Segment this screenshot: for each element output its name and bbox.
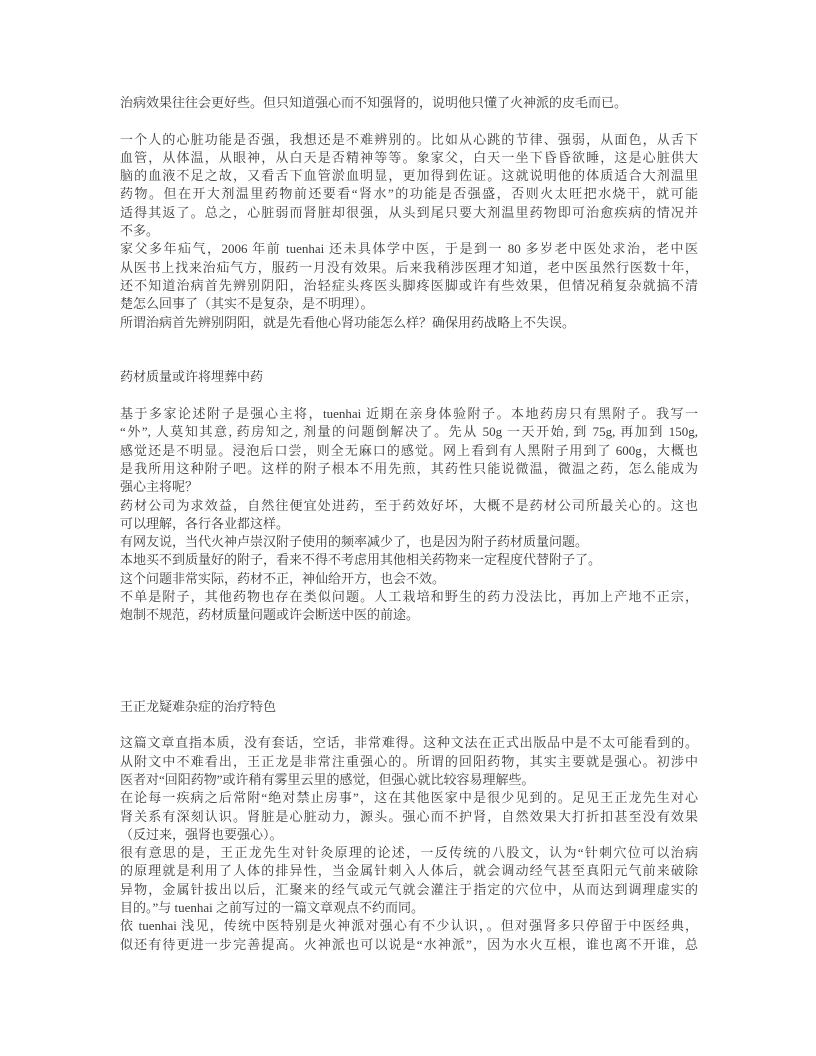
text-line: 依 tuenhai 浅见，传统中医特别是火神派对强心有不少认识，。但对强肾多只停… — [120, 917, 698, 935]
text-line: 家父多年疝气，2006 年前 tuenhai 还未具体学中医，于是到一 80 多… — [120, 240, 698, 258]
paragraph: 治病效果往往会更好些。但只知道强心而不知强肾的，说明他只懂了火神派的皮毛而已。 — [120, 94, 698, 112]
text-line: 医者对“回阳药物”或许稍有雾里云里的感觉，但强心就比较容易理解些。 — [120, 771, 698, 789]
text-line: 这篇文章直指本质，没有套话，空话，非常难得。这种文法在正式出版品中是不太可能看到… — [120, 734, 698, 752]
document-page: 治病效果往往会更好些。但只知道强心而不知强肾的，说明他只懂了火神派的皮毛而已。一… — [0, 0, 816, 1056]
text-line: 强心主将呢？ — [120, 478, 698, 496]
paragraph: 有网友说，当代火神卢崇汉附子使用的频率减少了，也是因为附子药材质量问题。 — [120, 533, 698, 551]
text-line: 从附文中不难看出，王正龙是非常注重强心的。所谓的回阳药物，其实主要就是强心。初涉… — [120, 753, 698, 771]
text-line: 感觉还是不明显。浸泡后口尝，则全无麻口的感觉。网上看到有人黑附子用到了 600g… — [120, 442, 698, 460]
text-line: 不多。 — [120, 222, 698, 240]
text-line: 是我所用这种附子吧。这样的附子根本不用先煎，其药性只能说微温，微温之药，怎么能成… — [120, 460, 698, 478]
heading-text: 王正龙疑难杂症的治疗特色 — [120, 698, 698, 716]
text-line: 还不知道治病首先辨别阴阳，治轻症头疼医头脚疼医脚或许有些效果，但情况稍复杂就搞不… — [120, 277, 698, 295]
text-line: 基于多家论述附子是强心主将，tuenhai 近期在亲身体验附子。本地药房只有黑附… — [120, 405, 698, 423]
vertical-space — [120, 112, 698, 130]
text-line: 治病效果往往会更好些。但只知道强心而不知强肾的，说明他只懂了火神派的皮毛而已。 — [120, 94, 698, 112]
text-line: 适得其返了。总之，心脏弱而肾脏却很强，从头到尾只要大剂温里药物即可治愈疾病的情况… — [120, 204, 698, 222]
text-line: 在论每一疾病之后常附“绝对禁止房事”，这在其他医家中是很少见到的。足见王正龙先生… — [120, 789, 698, 807]
paragraph: 一个人的心脏功能是否强，我想还是不难辨别的。比如从心跳的节律、强弱，从面色，从舌… — [120, 131, 698, 241]
paragraph: 这个问题非常实际，药材不正，神仙给开方，也会不效。 — [120, 570, 698, 588]
text-line: 目的。”与 tuenhai 之前写过的一篇文章观点不约而同。 — [120, 899, 698, 917]
text-line: 脑的血液不足之故，又看舌下血管淤血明显，更加得到佐证。这就说明他的体质适合大剂温… — [120, 167, 698, 185]
section-heading: 药材质量或许将埋葬中药 — [120, 368, 698, 386]
vertical-space — [120, 332, 698, 369]
heading-text: 药材质量或许将埋葬中药 — [120, 368, 698, 386]
text-line: 肾关系有深刻认识。肾脏是心脏动力，源头。强心而不护肾，自然效果大打折扣甚至没有效… — [120, 808, 698, 826]
paragraph: 药材公司为求效益，自然往便宜处进药，至于药效好坏，大概不是药材公司所最关心的。这… — [120, 497, 698, 534]
paragraph: 在论每一疾病之后常附“绝对禁止房事”，这在其他医家中是很少见到的。足见王正龙先生… — [120, 789, 698, 844]
paragraph: 所谓治病首先辨别阴阳，就是先看他心肾功能怎么样？确保用药战略上不失误。 — [120, 314, 698, 332]
vertical-space — [120, 625, 698, 698]
text-line: 药物。但在开大剂温里药物前还要看“肾水”的功能是否强盛，否则火太旺把水烧干，就可… — [120, 185, 698, 203]
vertical-space — [120, 387, 698, 405]
text-line: （反过来，强肾也要强心）。 — [120, 826, 698, 844]
text-line: 可以理解，各行各业都这样。 — [120, 515, 698, 533]
paragraph: 本地买不到质量好的附子，看来不得不考虑用其他相关药物来一定程度代替附子了。 — [120, 551, 698, 569]
text-line: 很有意思的是，王正龙先生对针灸原理的论述，一反传统的八股文，认为“针刺穴位可以治… — [120, 844, 698, 862]
text-line: 所谓治病首先辨别阴阳，就是先看他心肾功能怎么样？确保用药战略上不失误。 — [120, 314, 698, 332]
text-line: 一个人的心脏功能是否强，我想还是不难辨别的。比如从心跳的节律、强弱，从面色，从舌… — [120, 131, 698, 149]
text-line: 药材公司为求效益，自然往便宜处进药，至于药效好坏，大概不是药材公司所最关心的。这… — [120, 497, 698, 515]
text-line: 本地买不到质量好的附子，看来不得不考虑用其他相关药物来一定程度代替附子了。 — [120, 551, 698, 569]
paragraph: 这篇文章直指本质，没有套话，空话，非常难得。这种文法在正式出版品中是不太可能看到… — [120, 734, 698, 789]
text-line: 楚怎么回事了（其实不是复杂，是不明理）。 — [120, 295, 698, 313]
text-line: 异物，金属针拔出以后，汇聚来的经气或元气就会灌注于指定的穴位中，从而达到调理虚实… — [120, 881, 698, 899]
paragraph: 基于多家论述附子是强心主将，tuenhai 近期在亲身体验附子。本地药房只有黑附… — [120, 405, 698, 496]
text-line: 不单是附子，其他药物也存在类似问题。人工栽培和野生的药力没法比，再加上产地不正宗… — [120, 588, 698, 606]
paragraph: 家父多年疝气，2006 年前 tuenhai 还未具体学中医，于是到一 80 多… — [120, 240, 698, 313]
text-line: 似还有待更进一步完善提高。火神派也可以说是“水神派”，因为水火互根，谁也离不开谁… — [120, 936, 698, 954]
paragraph: 依 tuenhai 浅见，传统中医特别是火神派对强心有不少认识，。但对强肾多只停… — [120, 917, 698, 954]
text-line: 从医书上找来治疝气方，服药一月没有效果。后来我稍涉医理才知道，老中医虽然行医数十… — [120, 259, 698, 277]
text-line: “外”, 人莫知其意, 药房知之, 剂量的问题倒解决了。先从 50g 一天开始,… — [120, 423, 698, 441]
vertical-space — [120, 716, 698, 734]
paragraph: 很有意思的是，王正龙先生对针灸原理的论述，一反传统的八股文，认为“针刺穴位可以治… — [120, 844, 698, 917]
text-line: 血管，从体温，从眼神，从白天是否精神等等。象家父，白天一坐下昏昏欲睡，这是心脏供… — [120, 149, 698, 167]
text-line: 这个问题非常实际，药材不正，神仙给开方，也会不效。 — [120, 570, 698, 588]
text-line: 有网友说，当代火神卢崇汉附子使用的频率减少了，也是因为附子药材质量问题。 — [120, 533, 698, 551]
text-line: 炮制不规范，药材质量问题或许会断送中医的前途。 — [120, 606, 698, 624]
document-content: 治病效果往往会更好些。但只知道强心而不知强肾的，说明他只懂了火神派的皮毛而已。一… — [120, 94, 698, 954]
paragraph: 不单是附子，其他药物也存在类似问题。人工栽培和野生的药力没法比，再加上产地不正宗… — [120, 588, 698, 625]
section-heading: 王正龙疑难杂症的治疗特色 — [120, 698, 698, 716]
text-line: 的原理就是利用了人体的排异性，当金属针刺入人体后，就会调动经气甚至真阳元气前来破… — [120, 862, 698, 880]
